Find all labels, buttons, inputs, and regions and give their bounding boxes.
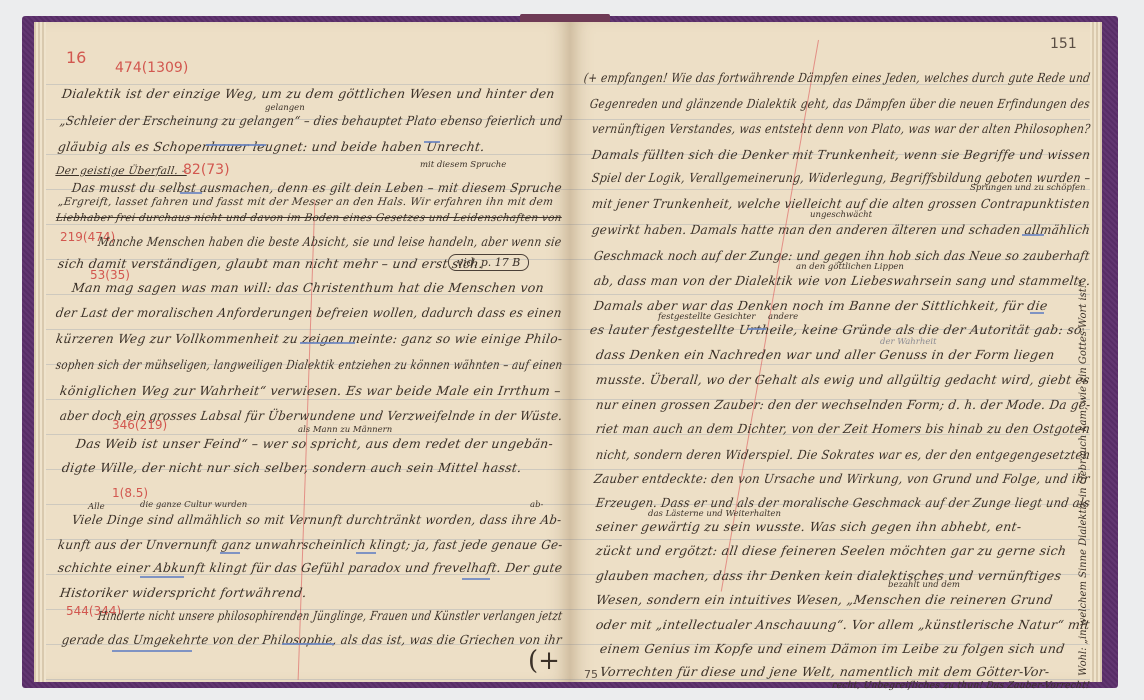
interlinear-note: festgestellte Gesichter bbox=[658, 312, 755, 322]
interlinear-note: als Mann zu Männern bbox=[298, 425, 392, 435]
interlinear-note: das Lästerne und Weiterhalten bbox=[648, 509, 781, 519]
text-line: Man mag sagen was man will: das Christen… bbox=[71, 280, 545, 295]
red-ref-1: 474(1309) bbox=[115, 60, 188, 76]
text-line: Vorrechten für diese und jene Welt, name… bbox=[599, 664, 1051, 679]
text-line: Wesen, sondern ein intuitives Wesen, „Me… bbox=[595, 592, 1054, 607]
blue-underline bbox=[180, 192, 202, 194]
text-line: riet man auch an dem Dichter, von der Ze… bbox=[595, 421, 1091, 436]
text-line: nicht, sondern deren Widerspiel. Die Sok… bbox=[595, 447, 1091, 462]
text-line: Hinderte nicht unsere philosophirenden J… bbox=[97, 608, 563, 623]
text-line: dass Denken ein Nachreden war und aller … bbox=[595, 347, 1056, 362]
text-line: sophen sich der mühseligen, langweiligen… bbox=[55, 357, 564, 372]
vertical-margin-note: Wohl: „in welchem Sinne Dialektik in Geb… bbox=[1078, 279, 1089, 676]
text-line: schichte einer Abkunft klingt für das Ge… bbox=[57, 560, 563, 575]
text-line: der Last der moralischen Anforderungen b… bbox=[55, 305, 563, 320]
interlinear-note: die ganze Cultur wurden bbox=[140, 500, 247, 510]
text-line: Erzeugen. Dass er und als der moralische… bbox=[595, 495, 1091, 510]
text-line: einem Genius im Kopfe und einem Dämon im… bbox=[599, 641, 1066, 656]
text-line: Historiker widerspricht fortwährend. bbox=[59, 585, 308, 600]
interlinear-note: andere bbox=[768, 312, 798, 322]
page-edges-right bbox=[1090, 22, 1102, 682]
interlinear-note: gelangen bbox=[265, 103, 305, 113]
interlinear-note: ungeschwächt bbox=[810, 210, 872, 220]
text-line-struck: Liebhaber frei durchaus nicht und davon … bbox=[55, 212, 562, 224]
blue-underline bbox=[206, 144, 266, 146]
text-line: Damals aber war das Denken noch im Banne… bbox=[593, 298, 1049, 313]
text-line: Gegenreden und glänzende Dialektik geht,… bbox=[589, 96, 1091, 111]
section-heading: Der geistige Überfall. – bbox=[55, 165, 188, 177]
text-line: musste. Überall, wo der Gehalt als ewig … bbox=[595, 372, 1091, 387]
page-edges-left bbox=[34, 22, 46, 682]
blue-underline bbox=[140, 576, 184, 578]
interlinear-note: Sprungen und zu schöpfen bbox=[970, 183, 1085, 193]
interlinear-note: der Wahrheit bbox=[880, 337, 936, 347]
interlinear-note: Alle bbox=[88, 502, 105, 512]
text-line: oder mit „intellectualer Anschauung“. Vo… bbox=[595, 617, 1091, 632]
blue-underline bbox=[748, 328, 766, 330]
text-line: Das musst du selbst ausmachen, denn es g… bbox=[71, 180, 563, 195]
text-line: (+ empfangen! Wie das fortwährende Dämpf… bbox=[583, 70, 1091, 85]
text-line: mit jener Trunkenheit, welche vielleicht… bbox=[591, 196, 1091, 211]
interlinear-note: mit diesem Spruche bbox=[420, 160, 506, 170]
blue-underline bbox=[220, 552, 240, 554]
blue-underline bbox=[356, 552, 376, 554]
text-line: es lauter festgestellte Urtheile, keine … bbox=[589, 322, 1083, 337]
blue-underline bbox=[300, 342, 355, 344]
text-line: gewirkt haben. Damals hatte man den ande… bbox=[591, 222, 1091, 237]
text-line: Geschmack noch auf der Zunge: und gegen … bbox=[593, 248, 1091, 263]
interlinear-note: bezahlt und dem bbox=[888, 580, 960, 590]
text-line: Viele Dinge sind allmählich so mit Vernu… bbox=[71, 512, 563, 527]
red-ref-6: 1(8.5) bbox=[112, 486, 148, 500]
interlinear-note: ab- bbox=[530, 500, 543, 510]
text-line: „Schleier der Erscheinung zu gelangen“ –… bbox=[59, 113, 564, 128]
text-line: glauben machen, dass ihr Denken kein dia… bbox=[595, 568, 1062, 583]
interlinear-note: an den göttlichen Lippen bbox=[796, 262, 904, 272]
blue-underline bbox=[1030, 312, 1044, 314]
red-ref-2: 82(73) bbox=[183, 162, 230, 178]
text-line: Dialektik ist der einzige Weg, um zu dem… bbox=[61, 86, 556, 101]
text-line: Manche Menschen haben die beste Absicht,… bbox=[97, 234, 563, 249]
text-line: recht, Unbegreifliches zu thun! Das Zaub… bbox=[831, 680, 1090, 691]
text-line: königlichen Weg zur Wahrheit“ verwiesen.… bbox=[59, 383, 562, 398]
footer-number: 75 bbox=[584, 668, 598, 681]
left-page-number: 16 bbox=[66, 48, 86, 67]
red-ref-5: 346(219) bbox=[112, 418, 167, 432]
text-line: seiner gewärtig zu sein wusste. Was sich… bbox=[595, 519, 1023, 534]
text-line: kunft aus der Unvernunft ganz unwahrsche… bbox=[57, 537, 564, 552]
text-line: nur einen grossen Zauber: den der wechse… bbox=[595, 397, 1092, 412]
right-page-number: 151 bbox=[1050, 36, 1077, 52]
text-line: Damals füllten sich die Denker mit Trunk… bbox=[591, 147, 1092, 162]
blue-underline bbox=[112, 650, 192, 652]
text-line: vernünftigen Verstandes, was entsteht de… bbox=[591, 121, 1091, 136]
blue-mark bbox=[424, 141, 440, 143]
text-line: zückt und ergötzt: all diese feineren Se… bbox=[595, 543, 1068, 558]
text-line: gläubig als es Schopenhauer leugnet: und… bbox=[57, 139, 486, 154]
blue-underline bbox=[1022, 234, 1044, 236]
blue-underline bbox=[462, 578, 490, 580]
text-line: Zauber entdeckte: den von Ursache und Wi… bbox=[593, 471, 1091, 486]
text-line: Das Weib ist unser Feind“ – wer so spric… bbox=[75, 436, 554, 451]
text-line: digte Wille, der nicht nur sich selber, … bbox=[61, 460, 523, 475]
end-mark: (+ bbox=[528, 646, 560, 676]
cross-reference-box: vid. p. 17 B bbox=[448, 254, 529, 271]
text-line: „Ergreift, lasset fahren und fasst mit d… bbox=[57, 196, 554, 208]
text-line: ab, dass man von der Dialektik wie von L… bbox=[593, 273, 1092, 288]
blue-underline bbox=[282, 643, 334, 645]
